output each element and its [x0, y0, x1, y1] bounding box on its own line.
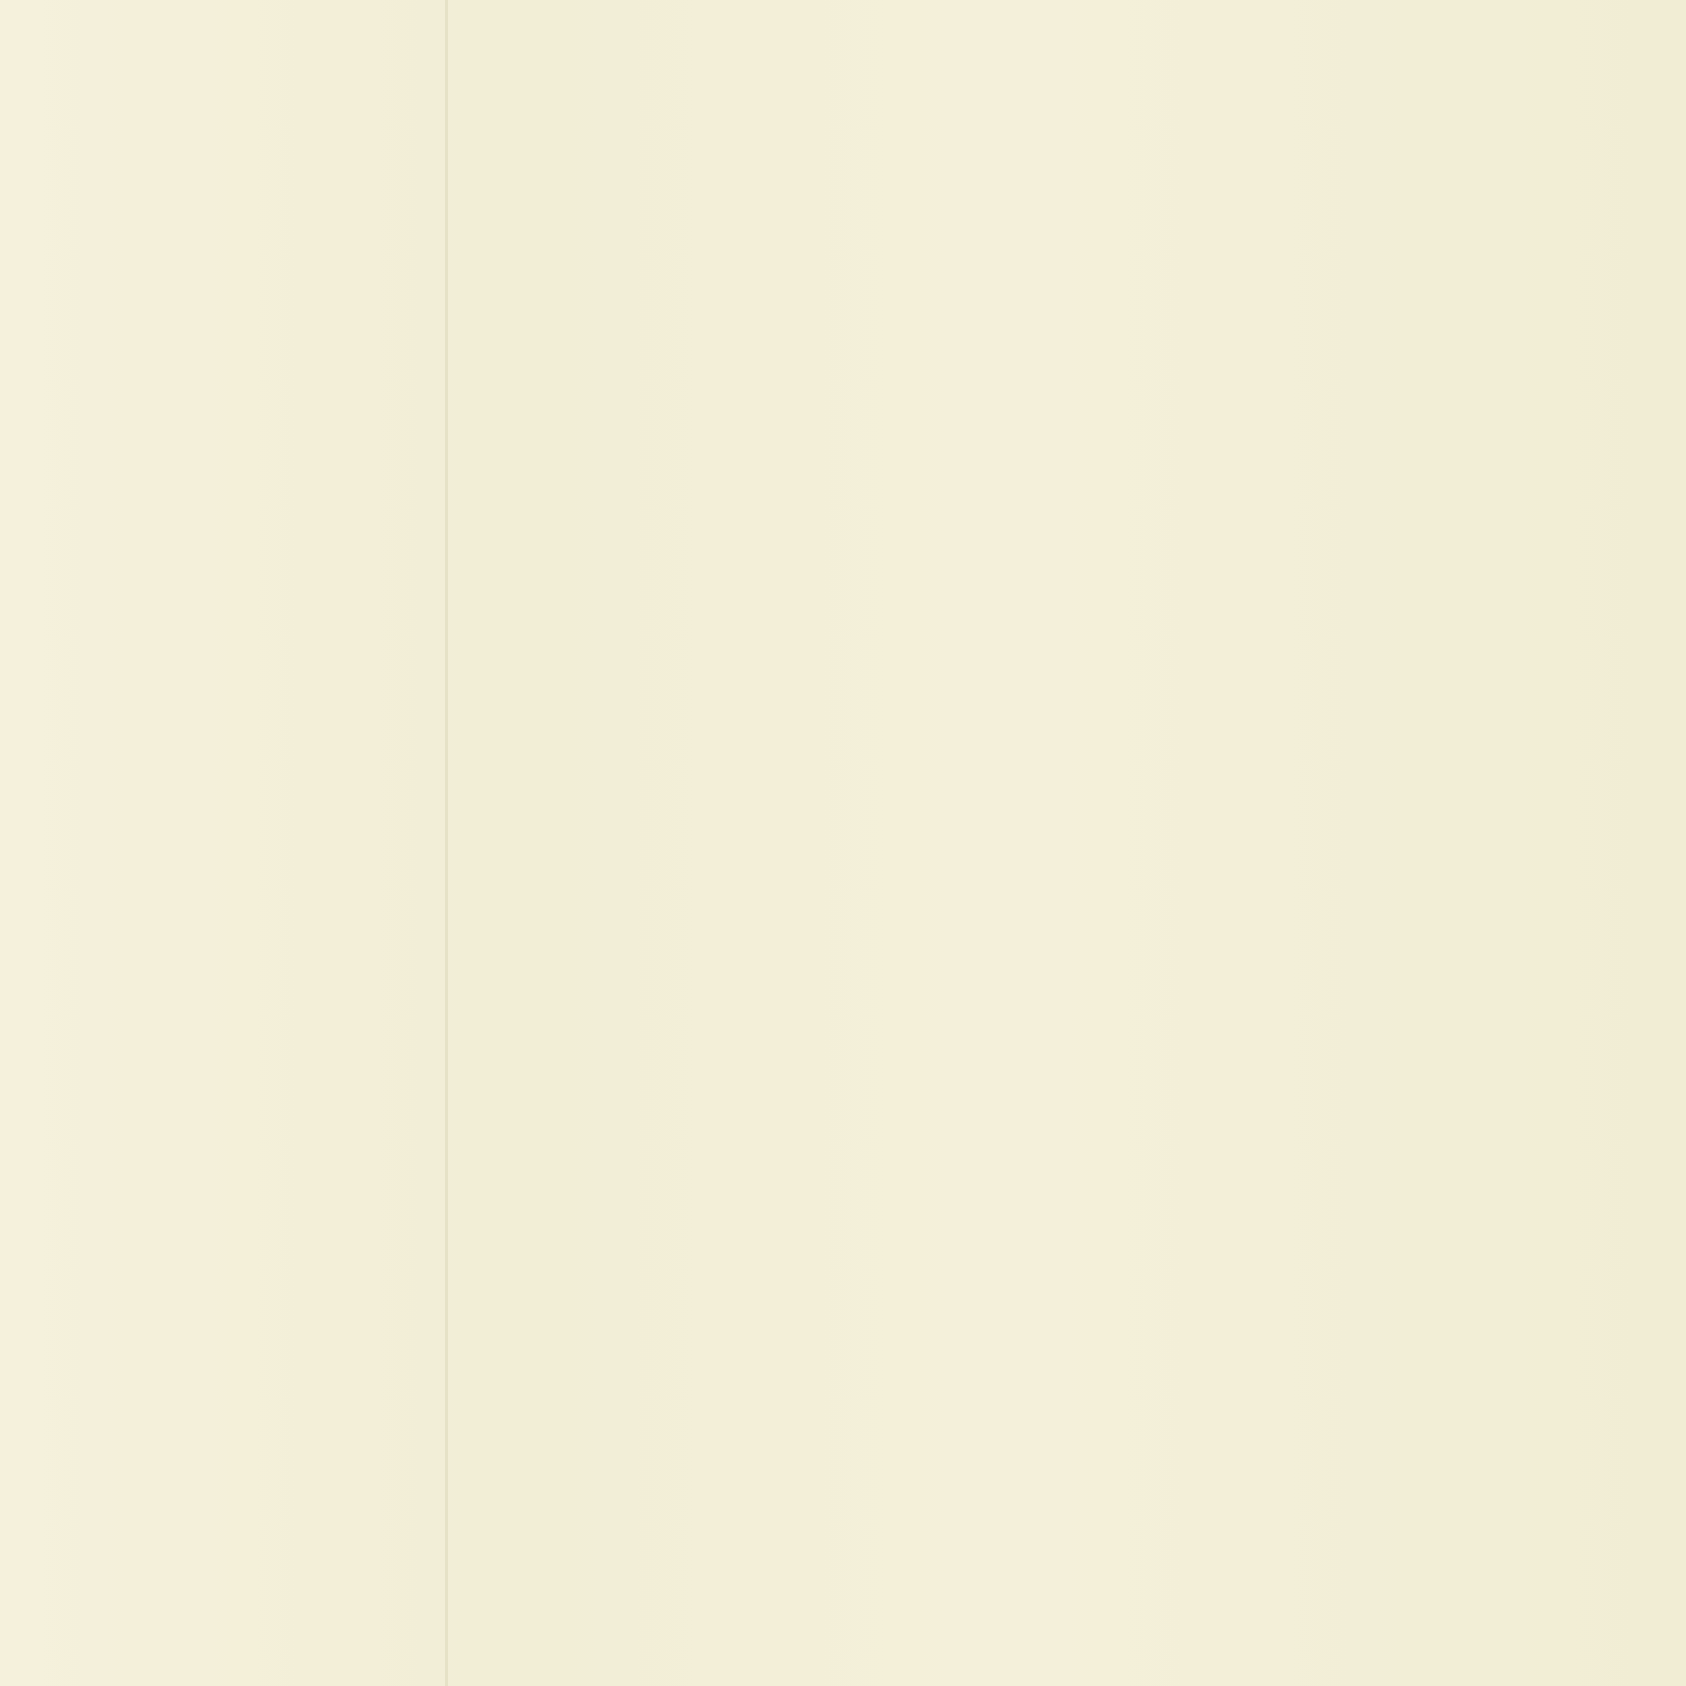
paper-background — [0, 0, 1686, 1686]
paper-fold-line — [445, 0, 448, 1686]
